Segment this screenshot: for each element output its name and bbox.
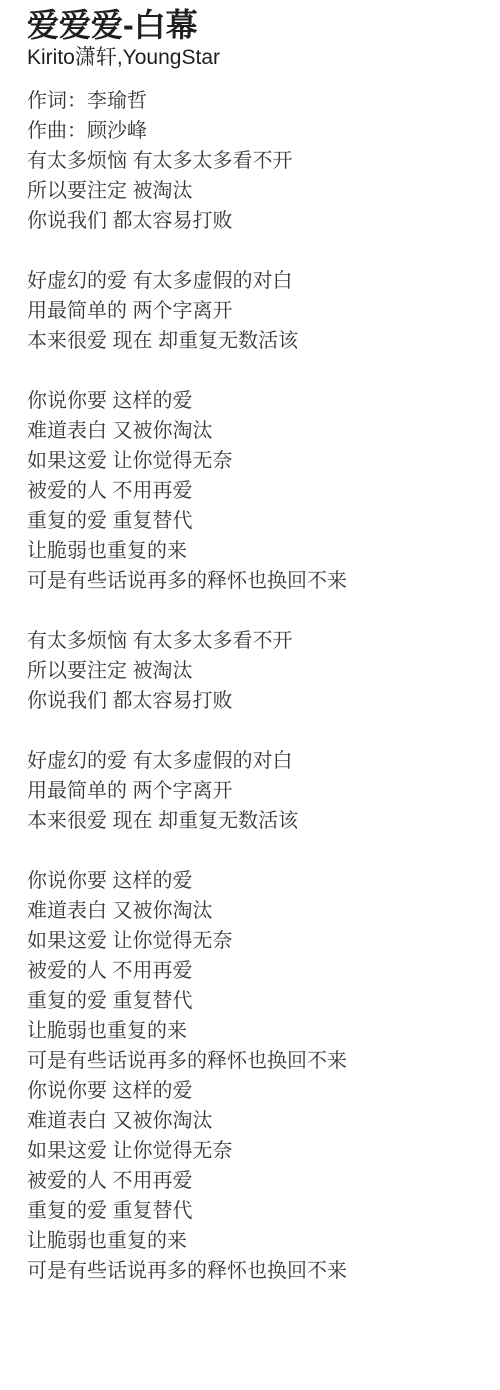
lyric-line: 可是有些话说再多的释怀也换回不来	[27, 566, 476, 596]
lyric-line: 被爱的人 不用再爱	[27, 956, 476, 986]
lyric-line: 让脆弱也重复的来	[27, 1016, 476, 1046]
lyric-line: 有太多烦恼 有太多太多看不开	[27, 626, 476, 656]
lyric-line: 作曲：顾沙峰	[27, 116, 476, 146]
lyric-blank-line	[27, 836, 476, 866]
lyric-line: 好虚幻的爱 有太多虚假的对白	[27, 266, 476, 296]
lyric-line: 被爱的人 不用再爱	[27, 1166, 476, 1196]
lyric-line: 被爱的人 不用再爱	[27, 476, 476, 506]
lyric-line: 好虚幻的爱 有太多虚假的对白	[27, 746, 476, 776]
lyric-line: 你说你要 这样的爱	[27, 1076, 476, 1106]
lyric-line: 重复的爱 重复替代	[27, 986, 476, 1016]
lyric-line: 可是有些话说再多的释怀也换回不来	[27, 1046, 476, 1076]
lyrics-page: 爱爱爱-白幕 Kirito潇轩,YoungStar 作词：李瑜哲作曲：顾沙峰有太…	[0, 0, 500, 1390]
lyric-blank-line	[27, 356, 476, 386]
lyric-line: 你说你要 这样的爱	[27, 386, 476, 416]
lyric-line: 难道表白 又被你淘汰	[27, 1106, 476, 1136]
lyric-line: 有太多烦恼 有太多太多看不开	[27, 146, 476, 176]
lyric-line: 作词：李瑜哲	[27, 86, 476, 116]
lyric-blank-line	[27, 236, 476, 266]
lyric-blank-line	[27, 596, 476, 626]
lyric-line: 难道表白 又被你淘汰	[27, 416, 476, 446]
lyric-line: 如果这爱 让你觉得无奈	[27, 1136, 476, 1166]
lyric-line: 你说我们 都太容易打败	[27, 206, 476, 236]
lyric-line: 重复的爱 重复替代	[27, 506, 476, 536]
lyric-line: 可是有些话说再多的释怀也换回不来	[27, 1256, 476, 1286]
lyric-line: 用最简单的 两个字离开	[27, 776, 476, 806]
lyric-line: 所以要注定 被淘汰	[27, 176, 476, 206]
lyric-line: 所以要注定 被淘汰	[27, 656, 476, 686]
lyric-line: 如果这爱 让你觉得无奈	[27, 446, 476, 476]
lyric-line: 重复的爱 重复替代	[27, 1196, 476, 1226]
lyric-line: 你说你要 这样的爱	[27, 866, 476, 896]
lyric-blank-line	[27, 716, 476, 746]
artist-names: Kirito潇轩,YoungStar	[27, 45, 476, 71]
lyric-line: 让脆弱也重复的来	[27, 1226, 476, 1256]
lyric-line: 用最简单的 两个字离开	[27, 296, 476, 326]
lyric-line: 如果这爱 让你觉得无奈	[27, 926, 476, 956]
lyric-line: 本来很爱 现在 却重复无数活该	[27, 326, 476, 356]
lyrics-body: 作词：李瑜哲作曲：顾沙峰有太多烦恼 有太多太多看不开所以要注定 被淘汰你说我们 …	[27, 86, 476, 1286]
lyric-line: 本来很爱 现在 却重复无数活该	[27, 806, 476, 836]
lyric-line: 你说我们 都太容易打败	[27, 686, 476, 716]
lyric-line: 让脆弱也重复的来	[27, 536, 476, 566]
song-title: 爱爱爱-白幕	[27, 6, 476, 44]
lyric-line: 难道表白 又被你淘汰	[27, 896, 476, 926]
